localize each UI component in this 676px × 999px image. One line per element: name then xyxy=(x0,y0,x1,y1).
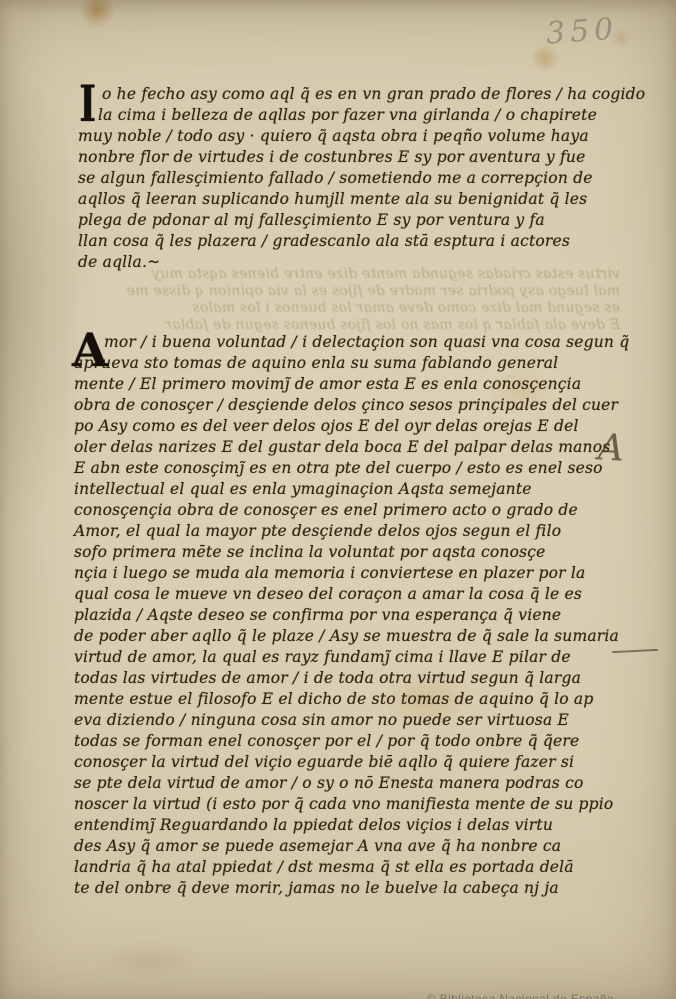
paragraph-1-lines: o he fecho asy como aql q̃ es en vn gran… xyxy=(78,84,623,273)
manuscript-text-line: noscer la virtud (i esto por q̃ cada vno… xyxy=(74,794,634,815)
manuscript-text-line: se algun fallesçimiento fallado / someti… xyxy=(78,168,623,189)
manuscript-text-line: plega de pdonar al mj fallesçimiento E s… xyxy=(78,210,623,231)
manuscript-text-line: po Asy como es del veer delos ojos E del… xyxy=(74,416,634,437)
manuscript-text-line: landria q̃ ha atal ppiedat / dst mesma q… xyxy=(74,857,634,878)
manuscript-text-line: aprueva sto tomas de aquino enla su suma… xyxy=(74,353,634,374)
manuscript-text-line: oler delas narizes E del gustar dela boc… xyxy=(74,437,634,458)
manuscript-text-line: des Asy q̃ amor se puede asemejar A vna … xyxy=(74,836,634,857)
manuscript-text-line: nçia i luego se muda ala memoria i convi… xyxy=(74,563,634,584)
folio-number: 350 xyxy=(545,12,620,52)
manuscript-text-line: aqllos q̃ leeran suplicando humjll mente… xyxy=(78,189,623,210)
manuscript-text-line: mente estue el filosofo E el dicho de st… xyxy=(74,689,634,710)
manuscript-text-line: virtus estas criadas segunda mente dize … xyxy=(72,266,620,283)
manuscript-text-line: intellectual el qual es enla ymaginaçion… xyxy=(74,479,634,500)
manuscript-text-line: llan cosa q̃ les plazera / gradescanlo a… xyxy=(78,231,623,252)
paragraph-1: I o he fecho asy como aql q̃ es en vn gr… xyxy=(78,84,623,273)
manuscript-text-line: qual cosa le mueve vn deseo del coraçon … xyxy=(74,584,634,605)
manuscript-text-line: plazida / Aqste deseo se confirma por vn… xyxy=(74,605,634,626)
manuscript-text-line: mor / i buena voluntad / i delectaçion s… xyxy=(74,332,634,353)
manuscript-text-line: Amor, el qual la mayor pte desçiende del… xyxy=(74,521,634,542)
drop-cap-initial-i: I xyxy=(79,80,96,128)
manuscript-text-line: muy noble / todo asy · quiero q̃ aqsta o… xyxy=(78,126,623,147)
manuscript-text-line: conosçençia obra de conosçer es enel pri… xyxy=(74,500,634,521)
manuscript-text-line: es segund mal dize como deve amar los bu… xyxy=(72,300,620,317)
manuscript-text-line: entendimj̃ Reguardando la ppiedat delos … xyxy=(74,815,634,836)
manuscript-text-line: obra de conosçer / desçiende delos çinco… xyxy=(74,395,634,416)
margin-annotation-a: A xyxy=(597,427,625,469)
manuscript-text-line: todas las virtudes de amor / i de toda o… xyxy=(74,668,634,689)
manuscript-text-line: la cima i belleza de aqllas por fazer vn… xyxy=(78,105,623,126)
manuscript-text-line: sofo primera mēte se inclina la voluntat… xyxy=(74,542,634,563)
manuscript-text-line: virtud de amor, la qual es rayz fundamj̃… xyxy=(74,647,634,668)
manuscript-text-line: mente / El primero movimj̃ de amor esta … xyxy=(74,374,634,395)
manuscript-text-line: de poder aber aqllo q̃ le plaze / Asy se… xyxy=(74,626,634,647)
manuscript-text-line: E abn este conosçimj̃ es en otra pte del… xyxy=(74,458,634,479)
manuscript-text-line: te del onbre q̃ deve morir, jamas no le … xyxy=(74,878,634,899)
manuscript-text-line: se pte dela virtud de amor / o sy o nō E… xyxy=(74,773,634,794)
library-watermark: © Biblioteca Nacional de España xyxy=(427,992,614,999)
paragraph-2: A mor / i buena voluntad / i delectaçion… xyxy=(74,332,634,899)
manuscript-page: 350 I o he fecho asy como aql q̃ es en v… xyxy=(0,0,676,999)
manuscript-text-line: eva diziendo / ninguna cosa sin amor no … xyxy=(74,710,634,731)
paragraph-2-lines: mor / i buena voluntad / i delectaçion s… xyxy=(74,332,634,899)
manuscript-text-line: conosçer la virtud del viçio eguarde biē… xyxy=(74,752,634,773)
drop-cap-initial-a: A xyxy=(72,328,108,372)
manuscript-text-line: o he fecho asy como aql q̃ es en vn gran… xyxy=(78,84,623,105)
manuscript-text-line: mal luego asy podria ser madre de fijos … xyxy=(72,283,620,300)
manuscript-text-line: nonbre flor de virtudes i de costunbres … xyxy=(78,147,623,168)
manuscript-text-line: todas se forman enel conosçer por el / p… xyxy=(74,731,634,752)
verso-bleedthrough-text: virtus estas criadas segunda mente dize … xyxy=(72,266,620,334)
